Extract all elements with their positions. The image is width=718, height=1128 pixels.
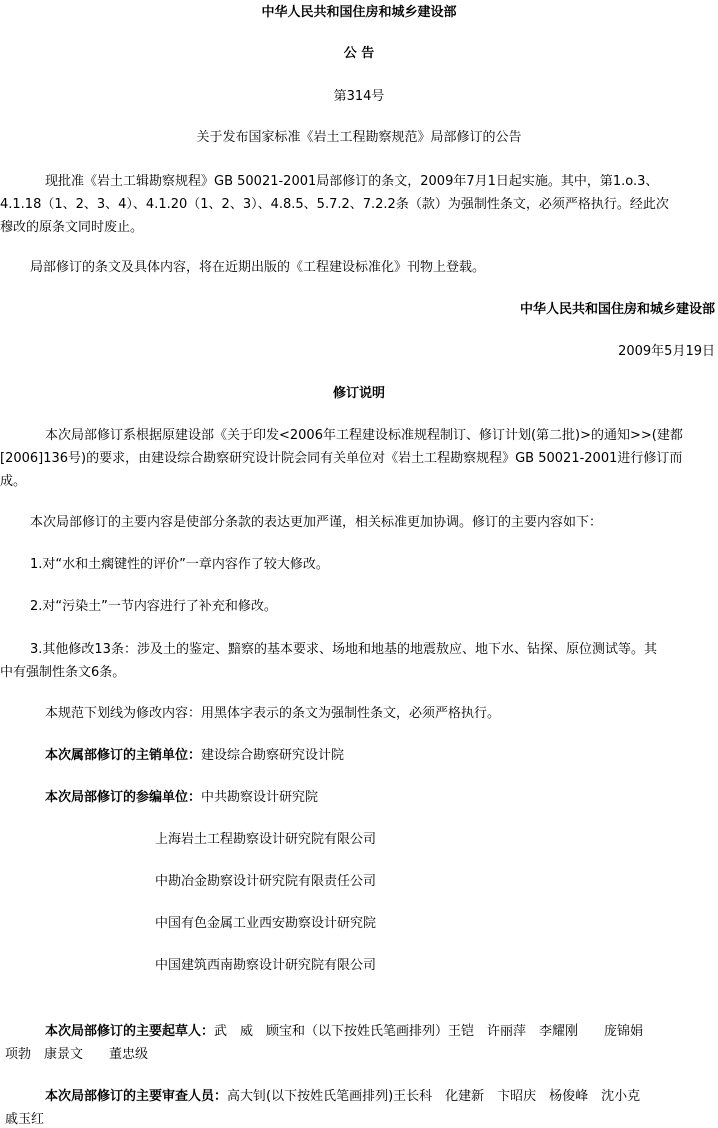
participating-unit-value: 中共勘察设计研究院 — [201, 790, 318, 805]
signature-issuer: 中华人民共和国住房和城乡建设部 — [0, 299, 715, 321]
revision-note: 本规范下划线为修改内容：用黑体字表示的条文为强制性条文，必须严格执行。 — [0, 703, 718, 725]
participating-unit-label: 本次局部修订的参编单位： — [45, 790, 201, 805]
announcement-paragraph-2: 局部修订的条文及具体内容，将在近期出版的《工程建设标准化》刊物上登载。 — [0, 257, 718, 279]
reviewers-line: 本次局部修订的主要审查人员：高大钊(以下按姓氏笔画排列)王长科 化建新 卞昭庆 … — [0, 1085, 718, 1108]
announcement-paragraph-1: 现批准《岩土工辑勘察规程》GB 50021-2001局部修订的条文，2009年7… — [0, 170, 718, 239]
paragraph-line: 3.其他修改13条：涉及土的鉴定、黯察的基本要求、场地和地基的地震敖应、地下水、… — [0, 638, 718, 661]
paragraph-line: 4.1.18（1、2、3、4）、4.1.20（1、2、3）、4.8.5、5.7.… — [0, 193, 718, 216]
revision-paragraph-2: 本次局部修订的主要内容是使部分条款的表达更加严谨，相关标准更加协调。修订的主要内… — [0, 512, 718, 534]
revision-item-2: 2.对“污染土”一节内容进行了补充和修改。 — [0, 596, 718, 618]
chief-unit-row: 本次属部修订的主销单位：建设综合勘察研究设计院 — [0, 745, 718, 767]
reviewers-line-2: 戚玉红 — [0, 1108, 718, 1128]
drafters-label: 本次局部修订的主要起草人： — [45, 1024, 214, 1039]
paragraph-line: 现批准《岩土工辑勘察规程》GB 50021-2001局部修订的条文，2009年7… — [0, 170, 718, 193]
doc-type-heading: 公 告 — [0, 43, 718, 65]
paragraph-line: 穆改的原条文同时废止。 — [0, 216, 718, 239]
chief-unit-value: 建设综合勘察研究设计院 — [201, 748, 344, 763]
announcement-number: 第314号 — [0, 86, 718, 108]
announcement-title: 关于发布国家标准《岩土工程勘察规范》局部修订的公告 — [0, 127, 718, 149]
participating-unit: 中国建筑西南勘察设计研究院有限公司 — [0, 955, 718, 977]
drafters-line: 本次局部修订的主要起草人：武 威 顾宝和（以下按姓氏笔画排列）王铠 许丽萍 李耀… — [0, 1020, 718, 1043]
participating-unit: 中国有色金属工业西安勘察设计研究院 — [0, 913, 718, 935]
issuer-heading: 中华人民共和国住房和城乡建设部 — [0, 2, 718, 24]
reviewers-names: 高大钊(以下按姓氏笔画排列)王长科 化建新 卞昭庆 杨俊峰 沈小克 — [227, 1089, 640, 1104]
paragraph-line: 本次局部修订系根据原建设部《关于印发<2006年工程建设标准规程制订、修订计划(… — [0, 424, 718, 447]
revision-paragraph-1: 本次局部修订系根据原建设部《关于印发<2006年工程建设标准规程制订、修订计划(… — [0, 424, 718, 493]
drafters-names: 武 威 顾宝和（以下按姓氏笔画排列）王铠 许丽萍 李耀刚 庞锦娟 — [214, 1024, 643, 1039]
chief-unit-label: 本次属部修订的主销单位： — [45, 748, 201, 763]
drafters-paragraph: 本次局部修订的主要起草人：武 威 顾宝和（以下按姓氏笔画排列）王铠 许丽萍 李耀… — [0, 1020, 718, 1066]
revision-notes-heading: 修订说明 — [0, 383, 718, 405]
paragraph-line: 成。 — [0, 470, 718, 493]
paragraph-line: [2006]136号)的要求，由建设综合勘察研究设计院会同有关单位对《岩土工程勘… — [0, 447, 718, 470]
participating-unit: 中勘冶金勘察设计研究院有限责任公司 — [0, 871, 718, 893]
drafters-line-2: 项勃 康景文 董忠级 — [0, 1043, 718, 1066]
signature-date: 2009年5月19日 — [0, 341, 715, 363]
paragraph-line: 中有强制性条文6条。 — [0, 661, 718, 684]
revision-item-3: 3.其他修改13条：涉及土的鉴定、黯察的基本要求、场地和地基的地震敖应、地下水、… — [0, 638, 718, 684]
reviewers-label: 本次局部修订的主要审查人员： — [45, 1089, 227, 1104]
revision-item-1: 1.对“水和土瘸键性的评价”一章内容作了较大修改。 — [0, 554, 718, 576]
reviewers-paragraph: 本次局部修订的主要审查人员：高大钊(以下按姓氏笔画排列)王长科 化建新 卞昭庆 … — [0, 1085, 718, 1128]
participating-unit-row: 本次局部修订的参编单位：中共勘察设计研究院 — [0, 787, 718, 809]
participating-unit: 上海岩土工程勘察设计研究院有限公司 — [0, 829, 718, 851]
